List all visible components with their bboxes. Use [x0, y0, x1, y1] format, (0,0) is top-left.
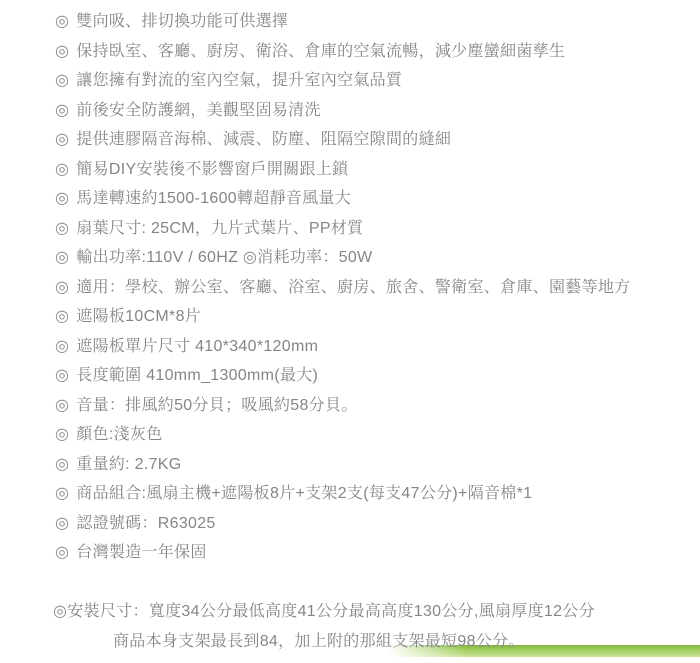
feature-item: ◎台灣製造一年保固: [55, 538, 700, 568]
double-circle-bullet-icon: ◎: [55, 308, 69, 325]
feature-item: ◎讓您擁有對流的室內空氣，提升室內空氣品質: [55, 66, 700, 96]
feature-item: ◎扇葉尺寸: 25CM，九片式葉片、PP材質: [55, 214, 700, 244]
feature-item: ◎認證號碼：R63025: [55, 509, 700, 539]
double-circle-bullet-icon: ◎: [55, 338, 69, 355]
double-circle-bullet-icon: ◎: [55, 456, 69, 473]
feature-text: 雙向吸、排切換功能可供選擇: [76, 13, 288, 30]
double-circle-bullet-icon: ◎: [55, 544, 69, 561]
feature-item: ◎簡易DIY安裝後不影響窗戶開關跟上鎖: [55, 155, 700, 185]
double-circle-bullet-icon: ◎: [55, 367, 69, 384]
feature-text: 簡易DIY安裝後不影響窗戶開關跟上鎖: [76, 161, 348, 178]
double-circle-bullet-icon: ◎: [55, 102, 69, 119]
double-circle-bullet-icon: ◎: [55, 13, 69, 30]
feature-item: ◎遮陽板單片尺寸 410*340*120mm: [55, 332, 700, 362]
feature-item: ◎雙向吸、排切換功能可供選擇: [55, 7, 700, 37]
feature-item: ◎重量約: 2.7KG: [55, 450, 700, 480]
feature-text: 遮陽板單片尺寸 410*340*120mm: [76, 338, 318, 355]
double-circle-bullet-icon: ◎: [55, 190, 69, 207]
feature-text: 台灣製造一年保固: [76, 544, 206, 561]
feature-text: 前後安全防護網，美觀堅固易清洗: [76, 102, 321, 119]
feature-text: 提供連膠隔音海棉、減震、防塵、阻隔空隙間的縫細: [76, 131, 451, 148]
feature-text: 重量約: 2.7KG: [76, 456, 181, 473]
double-circle-bullet-icon: ◎: [53, 603, 67, 620]
feature-item: ◎保持臥室、客廳、廚房、衛浴、倉庫的空氣流暢，減少塵蠻細菌孳生: [55, 37, 700, 67]
feature-text: 長度範圍 410mm_1300mm(最大): [76, 367, 318, 384]
feature-text: 認證號碼：R63025: [76, 515, 215, 532]
double-circle-bullet-icon: ◎: [55, 220, 69, 237]
double-circle-bullet-icon: ◎: [55, 485, 69, 502]
feature-text: 馬達轉速約1500-1600轉超靜音風量大: [76, 190, 351, 207]
install-size-line1: ◎安裝尺寸：寬度34公分最低高度41公分最高高度130公分,風扇厚度12公分: [0, 597, 700, 627]
install-size-section: ◎安裝尺寸：寬度34公分最低高度41公分最高高度130公分,風扇厚度12公分 商…: [0, 597, 700, 656]
feature-text: 扇葉尺寸: 25CM，九片式葉片、PP材質: [76, 220, 363, 237]
feature-item: ◎適用：學校、辦公室、客廳、浴室、廚房、旅舍、警衛室、倉庫、園藝等地方: [55, 273, 700, 303]
double-circle-bullet-icon: ◎: [55, 426, 69, 443]
feature-item: ◎音量：排風約50分貝；吸風約58分貝。: [55, 391, 700, 421]
feature-item: ◎遮陽板10CM*8片: [55, 302, 700, 332]
feature-text: 讓您擁有對流的室內空氣，提升室內空氣品質: [76, 72, 402, 89]
feature-item: ◎提供連膠隔音海棉、減震、防塵、阻隔空隙間的縫細: [55, 125, 700, 155]
feature-text: 商品組合:風扇主機+遮陽板8片+支架2支(每支47公分)+隔音棉*1: [76, 485, 532, 502]
feature-item: ◎馬達轉速約1500-1600轉超靜音風量大: [55, 184, 700, 214]
feature-text: 輸出功率:110V / 60HZ ◎消耗功率：50W: [76, 249, 372, 266]
double-circle-bullet-icon: ◎: [55, 72, 69, 89]
install-size-line2: 商品本身支架最長到84，加上附的那組支架最短98公分。: [0, 627, 700, 657]
double-circle-bullet-icon: ◎: [55, 161, 69, 178]
feature-item: ◎商品組合:風扇主機+遮陽板8片+支架2支(每支47公分)+隔音棉*1: [55, 479, 700, 509]
double-circle-bullet-icon: ◎: [55, 397, 69, 414]
feature-text: 遮陽板10CM*8片: [76, 308, 201, 325]
double-circle-bullet-icon: ◎: [55, 515, 69, 532]
product-feature-list: ◎雙向吸、排切換功能可供選擇 ◎保持臥室、客廳、廚房、衛浴、倉庫的空氣流暢，減少…: [0, 0, 700, 568]
feature-text: 適用：學校、辦公室、客廳、浴室、廚房、旅舍、警衛室、倉庫、園藝等地方: [76, 279, 630, 296]
feature-item: ◎長度範圍 410mm_1300mm(最大): [55, 361, 700, 391]
feature-item: ◎前後安全防護網，美觀堅固易清洗: [55, 96, 700, 126]
double-circle-bullet-icon: ◎: [55, 249, 69, 266]
double-circle-bullet-icon: ◎: [55, 279, 69, 296]
install-size-text: 安裝尺寸：寬度34公分最低高度41公分最高高度130公分,風扇厚度12公分: [67, 603, 595, 620]
feature-item: ◎顏色:淺灰色: [55, 420, 700, 450]
double-circle-bullet-icon: ◎: [55, 43, 69, 60]
feature-text: 保持臥室、客廳、廚房、衛浴、倉庫的空氣流暢，減少塵蠻細菌孳生: [76, 43, 565, 60]
feature-text: 顏色:淺灰色: [76, 426, 162, 443]
feature-item: ◎輸出功率:110V / 60HZ ◎消耗功率：50W: [55, 243, 700, 273]
double-circle-bullet-icon: ◎: [55, 131, 69, 148]
feature-text: 音量：排風約50分貝；吸風約58分貝。: [76, 397, 357, 414]
